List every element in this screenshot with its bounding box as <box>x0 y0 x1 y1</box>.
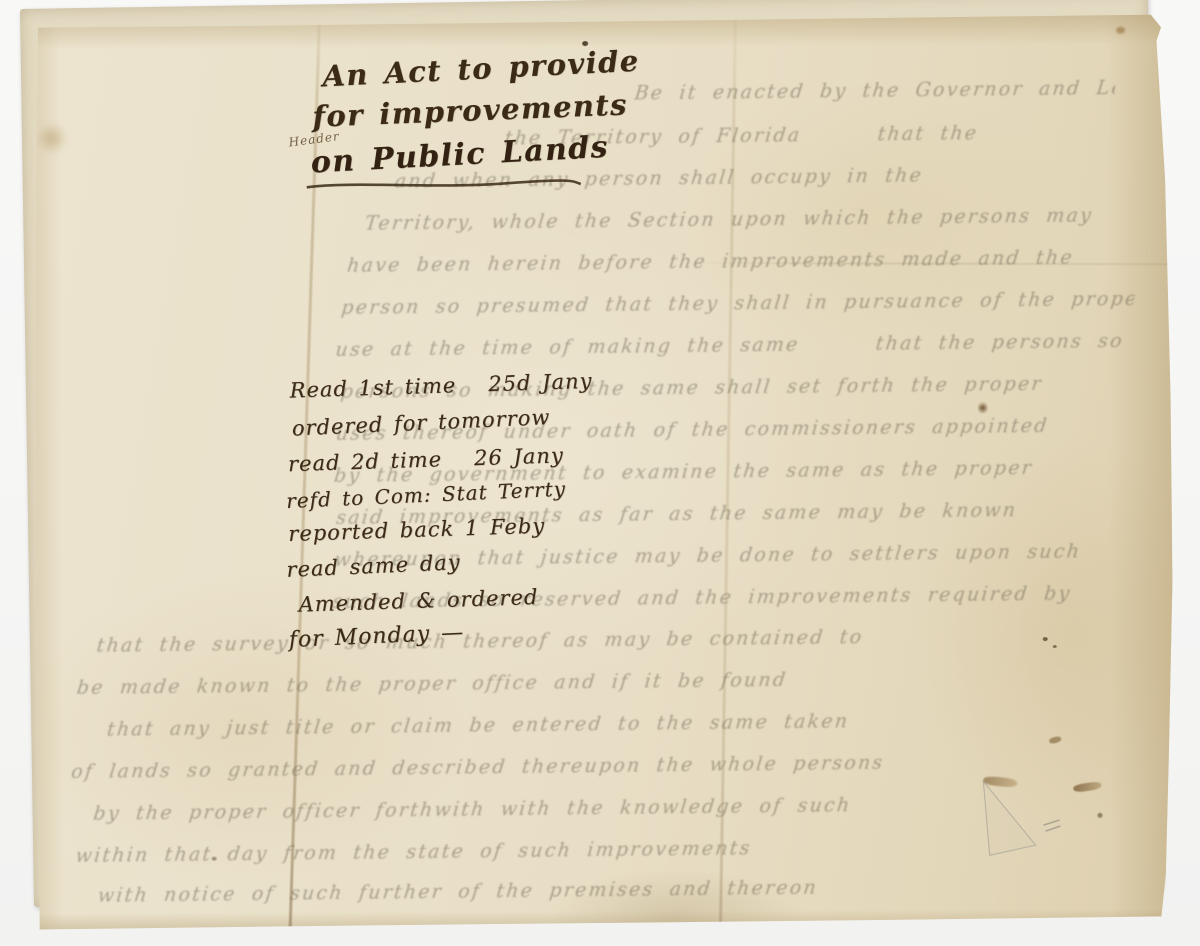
title-underline-flourish <box>305 177 585 192</box>
docket-line: Amended & ordered <box>298 585 539 617</box>
paper-edge-shading-left <box>34 19 64 929</box>
docket-line: for Monday — <box>288 620 464 653</box>
photograph-of-manuscript: Be it enacted by the Governor and Legis … <box>0 0 1200 946</box>
docket-line: read 2d time 26 Jany <box>288 443 564 476</box>
bleedthrough-line: be made known to the proper office and i… <box>75 665 1137 707</box>
pencil-scribble <box>973 763 1103 874</box>
title-line-2: for improvements <box>312 87 629 133</box>
bleedthrough-line: person so presumed that they shall in pu… <box>339 288 1135 327</box>
docket-title-block: An Act to provide for improvements Heade… <box>284 35 625 206</box>
docket-line: read same day <box>286 550 461 582</box>
docket-line: ordered for tomorrow <box>291 405 550 440</box>
docket-line: reported back 1 Feby <box>288 514 546 546</box>
manuscript-page: Be it enacted by the Governor and Legis … <box>34 15 1174 930</box>
title-line-3: on Public Lands <box>310 130 610 181</box>
bleedthrough-line: have been herein before the improvements… <box>345 246 1135 285</box>
docket-line: Read 1st time 25d Jany <box>289 369 592 403</box>
bleedthrough-line: that any just title or claim be entered … <box>105 707 1137 749</box>
bleedthrough-line: Be it enacted by the Governor and Legis <box>632 77 1116 112</box>
title-line-1: An Act to provide <box>322 44 641 94</box>
reading-history-block: Read 1st time 25d Jany ordered for tomor… <box>284 365 645 667</box>
docket-line: refd to Com: Stat Terrty <box>286 477 567 513</box>
bleedthrough-line: Territory, whole the Section upon which … <box>363 204 1135 243</box>
bleedthrough-line: use at the time of making the same that … <box>333 330 1135 369</box>
